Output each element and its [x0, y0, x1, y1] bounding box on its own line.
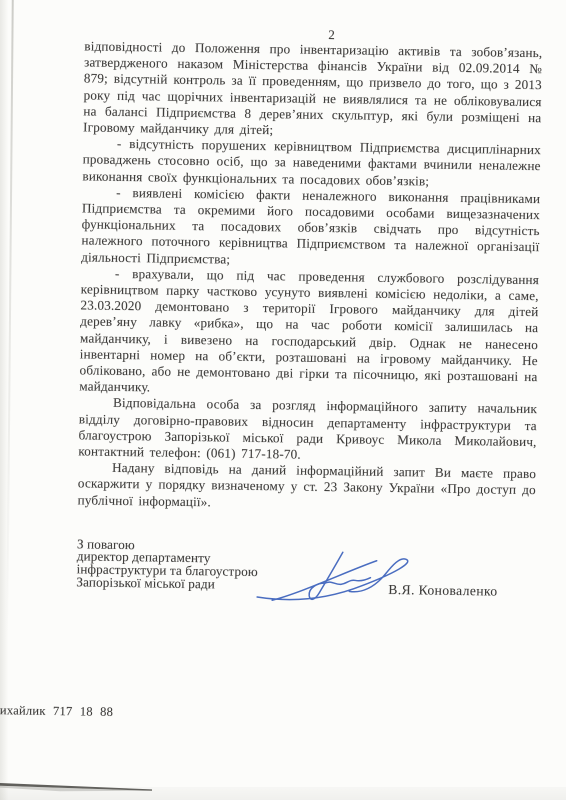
paragraph: Відповідальна особа за розгляд інформаці…: [78, 395, 537, 467]
letter-content: 2 відповідності до Положення про інвента…: [0, 0, 566, 800]
scanned-letter-page: 2 відповідності до Положення про інвента…: [0, 0, 566, 800]
paragraph: - відсутність порушених керівництвом Під…: [82, 136, 541, 191]
paragraph: - врахували, що під час проведення служб…: [79, 265, 539, 401]
signatory-name: В.Я. Коноваленко: [388, 584, 497, 598]
paragraph: відповідності до Положення про інвентари…: [83, 38, 542, 142]
scan-bottom-strip: [0, 787, 566, 800]
signature-block: З повагою директор департаменту інфрастр…: [76, 538, 535, 595]
paragraph: Надану відповідь на даний інформаційний …: [77, 460, 536, 515]
paragraph: - виявлені комісією факти неналежного ви…: [81, 184, 540, 272]
handwritten-signature-scribble: [254, 549, 433, 608]
executor-footer-note: Михайлик 717 18 88: [0, 703, 113, 720]
